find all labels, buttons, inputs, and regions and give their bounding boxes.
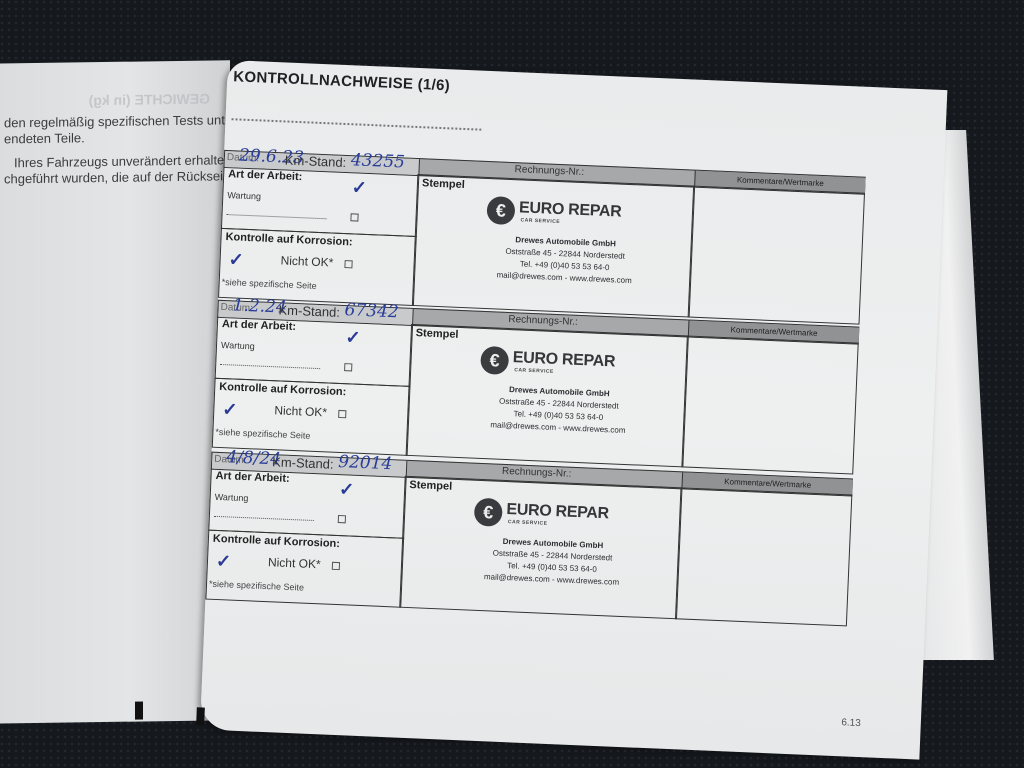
checkmark-icon: ✓: [228, 249, 244, 271]
stamp-sub: CAR SERVICE: [520, 217, 560, 225]
left-text-line: Ihres Fahrzeugs unverändert erhalten: [14, 152, 232, 170]
art-der-arbeit-label: Art der Arbeit:: [228, 168, 303, 183]
left-text-line: den regelmäßig spezifischen Tests unter-: [4, 112, 241, 130]
nicht-ok-checkbox[interactable]: [338, 410, 346, 418]
page-number: 6.13: [841, 717, 861, 729]
show-through-title: GEWICHTE (in kg): [10, 91, 210, 110]
spezifische-seite-note: *siehe spezifische Seite: [221, 277, 316, 291]
stamp-sub: CAR SERVICE: [508, 519, 548, 527]
nicht-ok-checkbox[interactable]: [344, 260, 352, 268]
wartung-label: Wartung: [214, 492, 248, 503]
korrosion-cell: Kontrolle auf Korrosion: ✓ Nicht OK* *si…: [205, 530, 404, 608]
korrosion-cell: Kontrolle auf Korrosion: ✓ Nicht OK* *si…: [212, 378, 411, 456]
spezifische-seite-note: *siehe spezifische Seite: [209, 579, 304, 593]
nicht-ok-label: Nicht OK*: [268, 555, 321, 571]
checkmark-icon: ✓: [216, 551, 232, 573]
art-der-arbeit-cell: Art der Arbeit: Wartung ✓: [221, 166, 419, 237]
checkbox[interactable]: [350, 213, 358, 221]
km-stand-value: 67342: [344, 300, 399, 322]
left-text-line: endeten Teile.: [4, 130, 85, 146]
euro-repar-logo-icon: €: [486, 196, 515, 225]
kommentare-cell: [675, 487, 852, 626]
dealer-stamp: € EURO REPAR CAR SERVICE Drewes Automobi…: [481, 346, 621, 352]
stempel-cell: Stempel € EURO REPAR CAR SERVICE Drewes …: [406, 324, 689, 468]
km-stand-value: 92014: [338, 452, 393, 474]
dotted-line: [231, 118, 481, 130]
stempel-label: Stempel: [422, 177, 465, 191]
kommentare-cell: [688, 186, 865, 325]
euro-repar-logo-icon: €: [474, 498, 503, 527]
left-text-line: chgeführt wurden, die auf der Rückseite: [4, 168, 234, 186]
rechnungs-nr-label: Rechnungs-Nr.:: [502, 466, 572, 480]
korrosion-label: Kontrolle auf Korrosion:: [213, 533, 341, 550]
km-stand-value: 43255: [350, 150, 405, 172]
checkmark-icon: ✓: [351, 177, 367, 199]
stempel-label: Stempel: [415, 327, 458, 341]
art-der-arbeit-cell: Art der Arbeit: Wartung ✓: [208, 468, 406, 539]
checkmark-icon: ✓: [345, 327, 361, 349]
euro-repar-logo-icon: €: [480, 346, 509, 375]
stamp-sub: CAR SERVICE: [514, 367, 554, 375]
korrosion-label: Kontrolle auf Korrosion:: [219, 381, 347, 398]
nicht-ok-label: Nicht OK*: [280, 253, 333, 269]
service-entry: Datum: 4/8/24 Km-Stand: 92014 Rechnungs-…: [205, 452, 851, 627]
dealer-stamp: € EURO REPAR CAR SERVICE Drewes Automobi…: [475, 498, 615, 504]
checkmark-icon: ✓: [339, 479, 355, 501]
stempel-label: Stempel: [409, 479, 452, 493]
wartung-label: Wartung: [227, 190, 261, 201]
km-stand-label: Km-Stand:: [272, 454, 334, 472]
stempel-cell: Stempel € EURO REPAR CAR SERVICE Drewes …: [412, 174, 695, 318]
stempel-cell: Stempel € EURO REPAR CAR SERVICE Drewes …: [399, 476, 682, 620]
wartung-label: Wartung: [221, 340, 255, 351]
art-der-arbeit-label: Art der Arbeit:: [215, 470, 290, 485]
left-page: GEWICHTE (in kg) den regelmäßig spezifis…: [0, 60, 230, 723]
service-entry: Datum: 1.2.24 Km-Stand: 67342 Rechnungs-…: [212, 300, 858, 475]
page-marker: [135, 701, 143, 719]
checkbox[interactable]: [338, 515, 346, 523]
page-marker: [196, 707, 205, 725]
dealer-stamp: € EURO REPAR CAR SERVICE Drewes Automobi…: [488, 196, 628, 202]
nicht-ok-label: Nicht OK*: [274, 403, 327, 419]
art-der-arbeit-cell: Art der Arbeit: Wartung ✓: [215, 316, 413, 387]
page-title: KONTROLLNACHWEISE (1/6): [233, 68, 450, 94]
spezifische-seite-note: *siehe spezifische Seite: [215, 427, 310, 441]
kommentare-cell: [681, 335, 858, 474]
art-der-arbeit-label: Art der Arbeit:: [222, 318, 297, 333]
km-stand-label: Km-Stand:: [278, 302, 340, 320]
right-page: KONTROLLNACHWEISE (1/6) Datum: 29.6.23 K…: [200, 60, 947, 760]
rechnungs-nr-label: Rechnungs-Nr.:: [514, 164, 584, 178]
service-entry: Datum: 29.6.23 Km-Stand: 43255 Rechnungs…: [218, 150, 864, 325]
nicht-ok-checkbox[interactable]: [332, 562, 340, 570]
rechnungs-nr-label: Rechnungs-Nr.:: [508, 314, 578, 328]
korrosion-cell: Kontrolle auf Korrosion: ✓ Nicht OK* *si…: [218, 228, 417, 306]
km-stand-label: Km-Stand:: [285, 152, 347, 170]
checkmark-icon: ✓: [222, 399, 238, 421]
checkbox[interactable]: [344, 363, 352, 371]
korrosion-label: Kontrolle auf Korrosion:: [225, 231, 353, 248]
